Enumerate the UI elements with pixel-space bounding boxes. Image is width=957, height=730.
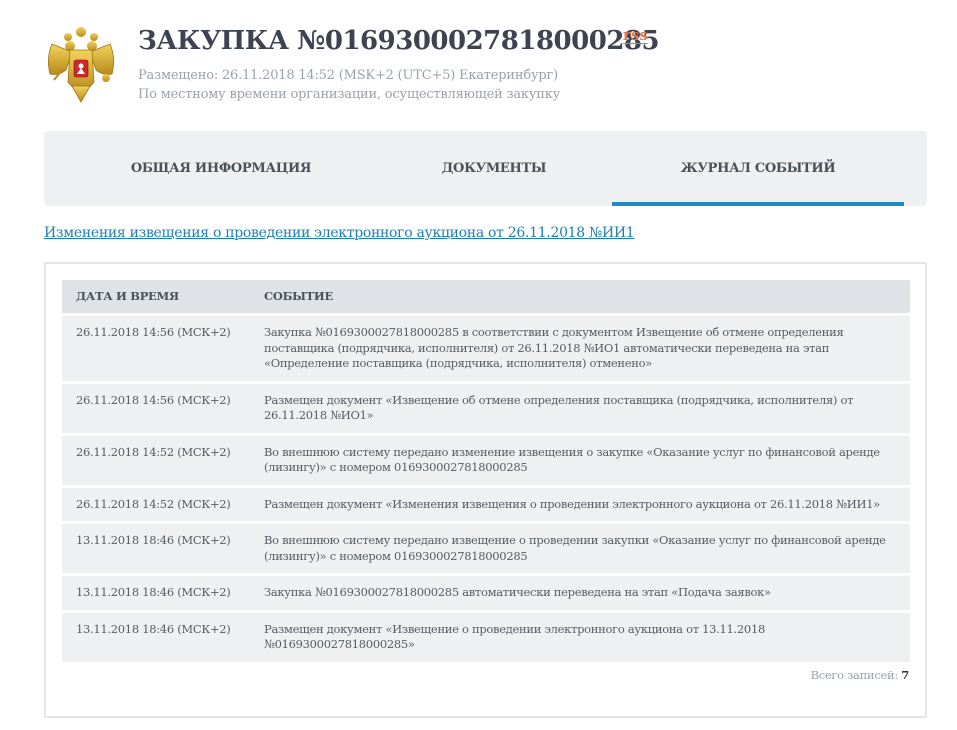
table-row: 13.11.2018 18:46 (МСК+2) Закупка №016930… <box>62 576 910 610</box>
row-event: Во внешнюю систему передано изменение из… <box>264 436 910 485</box>
row-date: 13.11.2018 18:46 (МСК+2) <box>62 524 264 573</box>
row-event: Размещен документ «Изменения извещения о… <box>264 488 910 522</box>
timezone-note: По местному времени организации, осущест… <box>138 87 560 102</box>
tab-general-info[interactable]: ОБЩАЯ ИНФОРМАЦИЯ <box>44 131 398 206</box>
row-event: Закупка №0169300027818000285 в соответст… <box>264 316 910 381</box>
total-records: Всего записей: 7 <box>811 668 909 682</box>
russian-coat-of-arms-icon <box>44 26 118 104</box>
document-link[interactable]: Изменения извещения о проведении электро… <box>44 225 634 241</box>
row-event: Размещен документ «Извещение об отмене о… <box>264 384 910 433</box>
table-row: 26.11.2018 14:56 (МСК+2) Размещен докуме… <box>62 384 910 433</box>
table-row: 26.11.2018 14:56 (МСК+2) Закупка №016930… <box>62 316 910 381</box>
rss-link[interactable]: rss <box>623 26 648 44</box>
row-date: 13.11.2018 18:46 (МСК+2) <box>62 613 264 662</box>
tab-event-log[interactable]: ЖУРНАЛ СОБЫТИЙ <box>612 131 904 206</box>
event-log-table: ДАТА И ВРЕМЯ СОБЫТИЕ 26.11.2018 14:56 (М… <box>62 280 910 665</box>
row-date: 26.11.2018 14:52 (МСК+2) <box>62 488 264 522</box>
page-header: ЗАКУПКА №0169300027818000285 rss Размеще… <box>44 24 924 114</box>
row-date: 26.11.2018 14:52 (МСК+2) <box>62 436 264 485</box>
row-event: Во внешнюю систему передано извещение о … <box>264 524 910 573</box>
total-records-count: 7 <box>901 668 909 682</box>
page-title: ЗАКУПКА №0169300027818000285 <box>138 26 659 56</box>
column-header-event: СОБЫТИЕ <box>264 289 910 305</box>
table-row: 26.11.2018 14:52 (МСК+2) Во внешнюю сист… <box>62 436 910 485</box>
table-row: 13.11.2018 18:46 (МСК+2) Во внешнюю сист… <box>62 524 910 573</box>
tab-documents[interactable]: ДОКУМЕНТЫ <box>398 131 590 206</box>
row-event: Закупка №0169300027818000285 автоматичес… <box>264 576 910 610</box>
tab-bar: ОБЩАЯ ИНФОРМАЦИЯ ДОКУМЕНТЫ ЖУРНАЛ СОБЫТИ… <box>44 131 927 206</box>
table-row: 26.11.2018 14:52 (МСК+2) Размещен докуме… <box>62 488 910 522</box>
column-header-date: ДАТА И ВРЕМЯ <box>62 289 264 305</box>
table-header: ДАТА И ВРЕМЯ СОБЫТИЕ <box>62 280 910 313</box>
posted-date: Размещено: 26.11.2018 14:52 (MSK+2 (UTC+… <box>138 68 558 83</box>
row-date: 26.11.2018 14:56 (МСК+2) <box>62 316 264 381</box>
row-date: 26.11.2018 14:56 (МСК+2) <box>62 384 264 433</box>
total-records-label: Всего записей: <box>811 668 898 682</box>
event-log-panel: ДАТА И ВРЕМЯ СОБЫТИЕ 26.11.2018 14:56 (М… <box>44 262 927 718</box>
row-date: 13.11.2018 18:46 (МСК+2) <box>62 576 264 610</box>
row-event: Размещен документ «Извещение о проведени… <box>264 613 910 662</box>
active-tab-indicator <box>612 202 904 206</box>
table-row: 13.11.2018 18:46 (МСК+2) Размещен докуме… <box>62 613 910 662</box>
